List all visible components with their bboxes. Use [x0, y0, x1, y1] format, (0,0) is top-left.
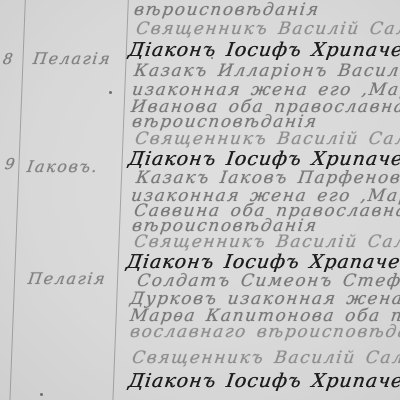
entry-number: 9 — [4, 157, 16, 172]
entry-number: 8 — [2, 52, 14, 67]
manuscript-line: вославнаго вѣроисповѣдан — [129, 324, 400, 341]
manuscript-line: Священникъ Василій Салбу — [131, 350, 400, 367]
entry-name: Пелагія — [27, 271, 107, 287]
manuscript-line: вѣроисповѣданія — [133, 2, 321, 19]
manuscript-line: Священникъ Василій Салбур — [134, 131, 400, 148]
register-page-scan: 8 Пелагія 9 Іаковъ. Пелагія вѣроисповѣда… — [0, 0, 400, 400]
manuscript-line: Солдатъ Симеонъ Стефановъ — [136, 273, 400, 290]
manuscript-line: Священникъ Василій Салбур — [135, 21, 400, 38]
manuscript-line: Діаконъ Іосифъ Хрипачевъ — [127, 150, 400, 169]
manuscript-line: Священникъ Василій Салбур — [133, 234, 400, 251]
entry-name: Іаковъ. — [26, 159, 100, 175]
manuscript-line: Діаконъ Іосифъ Храпачевъ— — [125, 253, 400, 272]
ink-speck — [331, 268, 333, 270]
entry-name: Пелагія — [32, 51, 112, 67]
manuscript-line: Діаконъ Іосифъ Хрипачевъ— — [127, 41, 400, 60]
manuscript-line: Казакъ Іаковъ Парфеновъ М — [135, 170, 400, 187]
ink-speck — [211, 57, 213, 59]
ink-speck — [109, 91, 112, 94]
manuscript-line: Казакъ Илларіонъ Васильевъ — [133, 63, 400, 80]
manuscript-line: Діаконъ Іосифъ Хрипачевъ — [127, 372, 400, 391]
ink-speck — [40, 393, 43, 396]
